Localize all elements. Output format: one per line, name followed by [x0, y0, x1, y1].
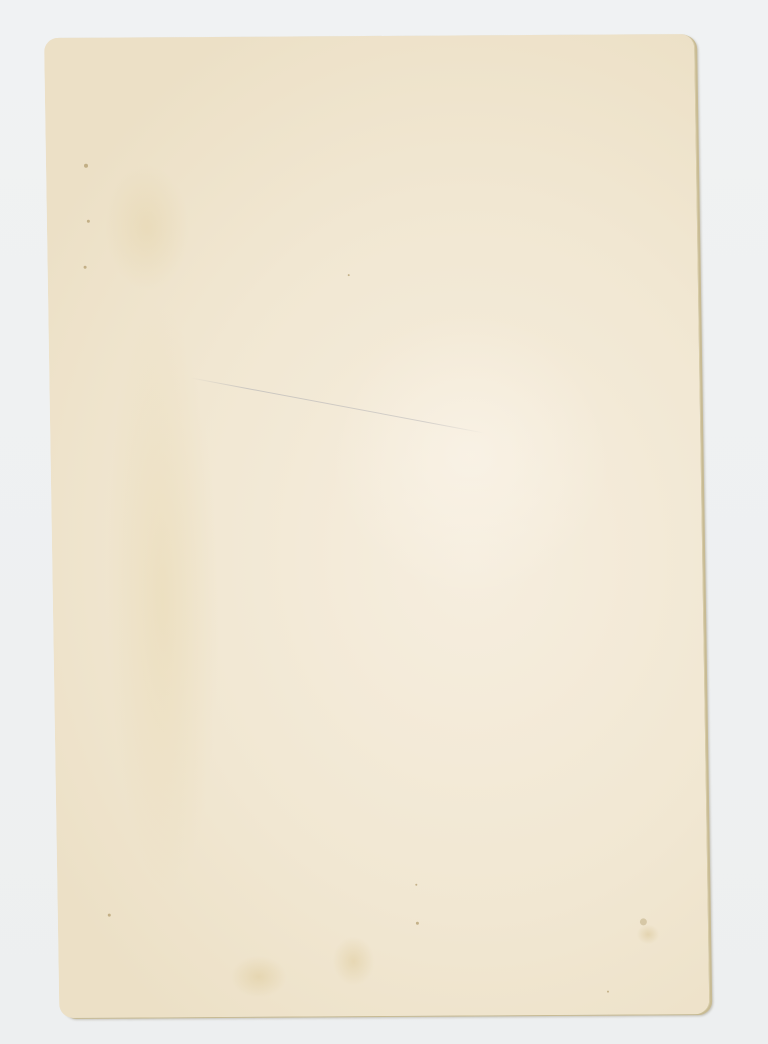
foxing-spot — [416, 922, 419, 925]
foxing-spot — [108, 914, 111, 917]
scan-background — [0, 0, 768, 1044]
foxing-spot — [87, 220, 90, 223]
blank-cabinet-card — [44, 34, 709, 1018]
surface-scratch — [189, 377, 485, 433]
foxing-spot — [415, 884, 417, 886]
foxing-spot — [607, 991, 609, 993]
foxing-spot — [84, 266, 87, 269]
foxing-spot — [640, 918, 647, 925]
foxing-spot — [348, 274, 350, 276]
foxing-spot — [84, 164, 88, 168]
